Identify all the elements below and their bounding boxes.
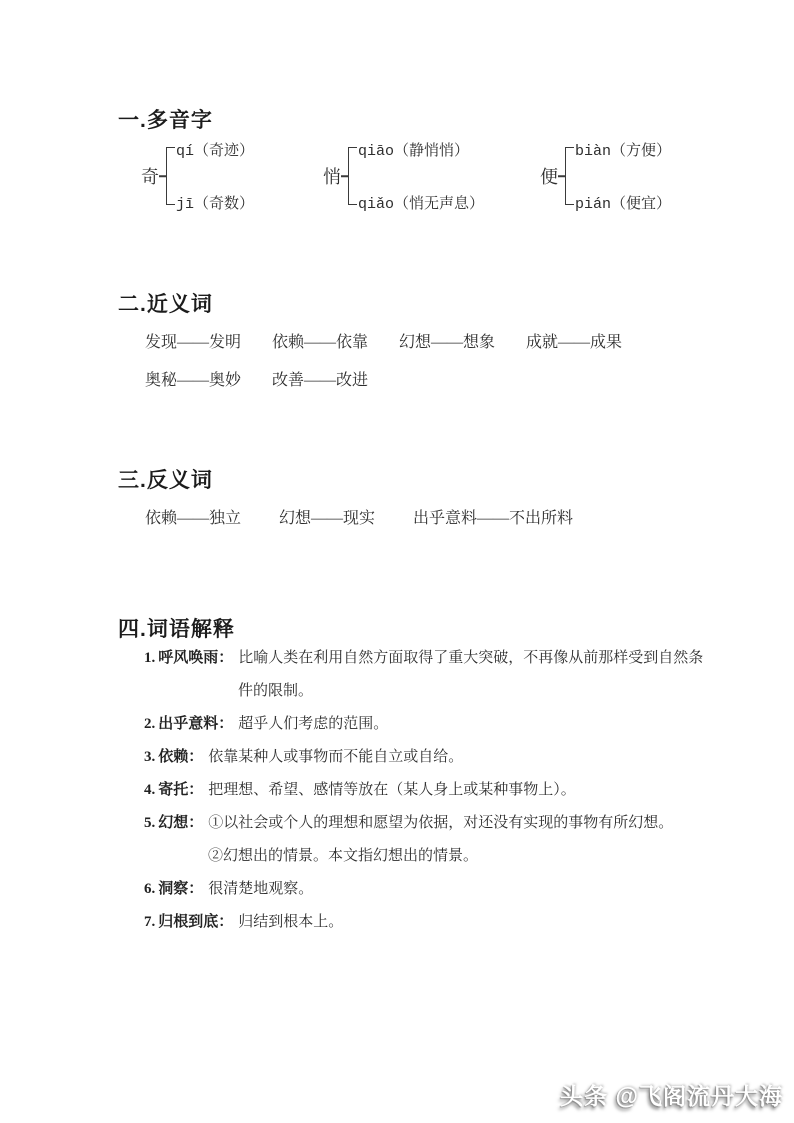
item-number: 1. xyxy=(144,650,155,666)
polyphonic-readings: biàn（方便） pián（便宜） xyxy=(575,139,671,213)
antonym-pair: 幻想——现实 xyxy=(279,505,375,528)
watermark-text: 头条 @飞阁流丹大海 xyxy=(560,1078,783,1111)
synonym-pair: 依赖——依靠 xyxy=(272,329,368,352)
reading-top: qiāo（静悄悄） xyxy=(358,139,484,160)
antonym-pair: 出乎意料——不出所料 xyxy=(413,505,573,528)
polyphonic-readings: qí（奇迹） jī（奇数） xyxy=(176,139,254,213)
definition-item-7: 7.归根到底：归结到根本上。 xyxy=(144,912,714,933)
section-title-polyphonic: 一.多音字 xyxy=(118,104,213,134)
bracket-icon xyxy=(565,147,574,205)
section-title-antonyms: 三.反义词 xyxy=(118,464,213,494)
reading-top: biàn（方便） xyxy=(575,139,671,160)
synonym-row-1: 发现——发明 依赖——依靠 幻想——想象 成就——成果 xyxy=(145,329,622,352)
polyphonic-group-qi: 奇 qí（奇迹） jī（奇数） xyxy=(141,134,254,218)
definition-item-2: 2.出乎意料：超乎人们考虑的范围。 xyxy=(144,714,714,735)
definition-line: 6.洞察：很清楚地观察。 xyxy=(144,879,714,900)
polyphonic-readings: qiāo（静悄悄） qiǎo（悄无声息） xyxy=(358,139,484,213)
antonym-pair: 依赖——独立 xyxy=(145,505,241,528)
item-explanation: 比喻人类在利用自然方面取得了重大突破，不再像从前那样受到自然条 xyxy=(238,650,703,666)
synonym-pair: 成就——成果 xyxy=(526,329,622,352)
item-explanation: 很清楚地观察。 xyxy=(208,881,313,897)
polyphonic-group-bian: 便 biàn（方便） pián（便宜） xyxy=(540,134,671,218)
synonym-row-2: 奥秘——奥妙 改善——改进 xyxy=(145,367,368,390)
item-explanation: 归结到根本上。 xyxy=(238,914,343,930)
synonym-pair: 改善——改进 xyxy=(272,367,368,390)
definition-line: 3.依赖：依靠某种人或事物而不能自立或自给。 xyxy=(144,747,714,768)
polyphonic-character: 奇 xyxy=(141,163,159,189)
section-title-definitions: 四.词语解释 xyxy=(118,613,235,643)
item-explanation: 超乎人们考虑的范围。 xyxy=(238,716,388,732)
definition-continuation: 件的限制。 xyxy=(238,681,714,702)
item-term: 依赖： xyxy=(158,749,203,765)
polyphonic-character: 便 xyxy=(540,163,558,189)
polyphonic-row: 奇 qí（奇迹） jī（奇数） 悄 qiāo（静悄悄） qiǎo（悄无声息） 便… xyxy=(0,134,794,218)
definition-item-5: 5.幻想：①以社会或个人的理想和愿望为依据，对还没有实现的事物有所幻想。 ②幻想… xyxy=(144,813,714,867)
polyphonic-group-qiao: 悄 qiāo（静悄悄） qiǎo（悄无声息） xyxy=(323,134,484,218)
definitions-list: 1.呼风唤雨：比喻人类在利用自然方面取得了重大突破，不再像从前那样受到自然条 件… xyxy=(144,648,714,945)
item-term: 呼风唤雨： xyxy=(158,650,233,666)
item-number: 6. xyxy=(144,881,155,897)
definition-continuation: ②幻想出的情景。本文指幻想出的情景。 xyxy=(208,846,714,867)
definition-item-4: 4.寄托：把理想、希望、感情等放在（某人身上或某种事物上）。 xyxy=(144,780,714,801)
bracket-icon xyxy=(166,147,175,205)
item-number: 4. xyxy=(144,782,155,798)
item-explanation: ①以社会或个人的理想和愿望为依据，对还没有实现的事物有所幻想。 xyxy=(208,815,673,831)
item-number: 3. xyxy=(144,749,155,765)
worksheet-page: 一.多音字 奇 qí（奇迹） jī（奇数） 悄 qiāo（静悄悄） qiǎo（悄… xyxy=(0,0,794,1123)
definition-item-1: 1.呼风唤雨：比喻人类在利用自然方面取得了重大突破，不再像从前那样受到自然条 件… xyxy=(144,648,714,702)
synonym-pair: 幻想——想象 xyxy=(399,329,495,352)
definition-line: 5.幻想：①以社会或个人的理想和愿望为依据，对还没有实现的事物有所幻想。 xyxy=(144,813,714,834)
reading-top: qí（奇迹） xyxy=(176,139,254,160)
definition-line: 4.寄托：把理想、希望、感情等放在（某人身上或某种事物上）。 xyxy=(144,780,714,801)
item-number: 5. xyxy=(144,815,155,831)
bracket-icon xyxy=(348,147,357,205)
definition-item-3: 3.依赖：依靠某种人或事物而不能自立或自给。 xyxy=(144,747,714,768)
definition-line: 7.归根到底：归结到根本上。 xyxy=(144,912,714,933)
synonym-pair: 奥秘——奥妙 xyxy=(145,367,241,390)
item-term: 幻想： xyxy=(158,815,203,831)
reading-bottom: qiǎo（悄无声息） xyxy=(358,192,484,213)
definition-line: 2.出乎意料：超乎人们考虑的范围。 xyxy=(144,714,714,735)
synonym-pair: 发现——发明 xyxy=(145,329,241,352)
definition-line: 1.呼风唤雨：比喻人类在利用自然方面取得了重大突破，不再像从前那样受到自然条 xyxy=(144,648,714,669)
item-term: 寄托： xyxy=(158,782,203,798)
section-title-synonyms: 二.近义词 xyxy=(118,288,213,318)
item-explanation: 依靠某种人或事物而不能自立或自给。 xyxy=(208,749,463,765)
item-number: 2. xyxy=(144,716,155,732)
antonym-row: 依赖——独立 幻想——现实 出乎意料——不出所料 xyxy=(145,505,573,528)
item-term: 归根到底： xyxy=(158,914,233,930)
reading-bottom: pián（便宜） xyxy=(575,192,671,213)
item-explanation: 把理想、希望、感情等放在（某人身上或某种事物上）。 xyxy=(208,782,576,798)
definition-item-6: 6.洞察：很清楚地观察。 xyxy=(144,879,714,900)
polyphonic-character: 悄 xyxy=(323,163,341,189)
item-term: 出乎意料： xyxy=(158,716,233,732)
item-number: 7. xyxy=(144,914,155,930)
item-term: 洞察： xyxy=(158,881,203,897)
reading-bottom: jī（奇数） xyxy=(176,192,254,213)
